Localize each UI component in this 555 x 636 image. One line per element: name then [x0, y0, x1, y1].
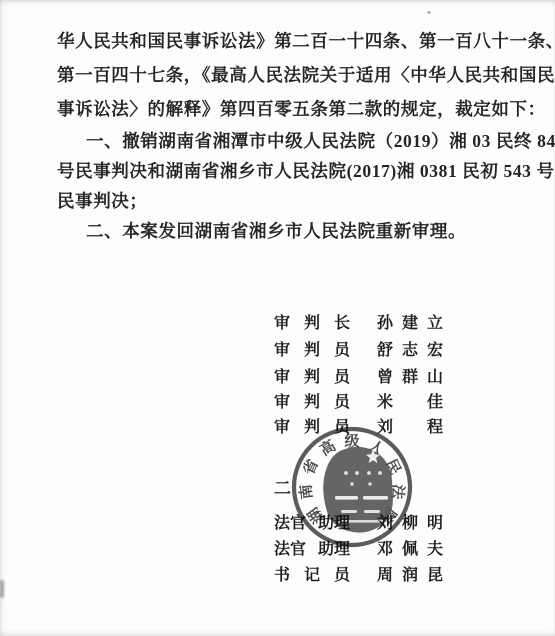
ruling-item-1-line-3: 民事判决；: [57, 186, 519, 216]
seal-emblem: [323, 447, 393, 533]
emblem-dot: [367, 471, 371, 475]
emblem-bar: [338, 520, 384, 523]
char-group: 判: [304, 314, 320, 334]
char-group: 建: [402, 314, 418, 334]
signature-role: 审判员: [274, 368, 350, 388]
char-group: 周: [377, 566, 393, 586]
emblem-bar: [335, 496, 358, 500]
char-group: 志: [402, 341, 418, 361]
ruling-item-1-line-2: 号民事判决和湖南省湘乡市人民法院(2017)湘 0381 民初 543 号: [57, 156, 519, 186]
emblem-dot: [350, 482, 353, 485]
seal-ring-char: 南: [296, 483, 315, 500]
char-group: 员: [334, 566, 350, 586]
signature-row-presiding-judge: 审判长 孙建立: [274, 314, 443, 334]
court-seal: 湖南省高级人民法院: [272, 409, 432, 569]
ruling-items-paragraph: 一、撤销湖南省湘潭市中级人民法院（2019）湘 03 民终 846 号民事判决和…: [57, 126, 519, 246]
char-group: 审: [274, 368, 290, 388]
char-group: 孙: [377, 314, 393, 334]
body-line-2: 第一百四十七条，《最高人民法院关于适用〈中华人民共和国民: [57, 58, 519, 92]
emblem-dot: [355, 471, 359, 475]
signature-role: 审判长: [274, 314, 350, 334]
signature-name: 曾群山: [377, 368, 443, 388]
emblem-dot: [344, 471, 348, 475]
ruling-item-2: 二、本案发回湖南省湘乡市人民法院重新审理。: [57, 216, 519, 246]
char-group: 审: [274, 341, 290, 361]
scan-edge-artifact: [0, 580, 4, 598]
char-group: 员: [334, 368, 350, 388]
body-line-1: 华人民共和国民事诉讼法》第二百一十四条、第一百八十一条、: [57, 24, 519, 58]
signature-row-clerk: 书记员 周润昆: [274, 566, 443, 586]
citation-paragraph: 华人民共和国民事诉讼法》第二百一十四条、第一百八十一条、 第一百四十七条，《最高…: [57, 24, 519, 126]
char-group: 记: [304, 566, 320, 586]
char-group: 书: [274, 566, 290, 586]
char-group: 立: [427, 314, 443, 334]
emblem-dot: [378, 471, 382, 475]
char-group: 审: [274, 314, 290, 334]
signature-row-judge-1: 审判员 舒志宏: [274, 341, 443, 361]
char-group: 润: [402, 566, 418, 586]
document-page: 华人民共和国民事诉讼法》第二百一十四条、第一百八十一条、 第一百四十七条，《最高…: [0, 0, 555, 636]
char-group: 群: [402, 368, 418, 388]
char-group: 舒: [377, 341, 393, 361]
signature-role: 书记员: [274, 566, 350, 586]
char-group: 判: [304, 341, 320, 361]
emblem-dot: [368, 482, 371, 485]
signature-name: 周润昆: [377, 566, 443, 586]
char-group: 判: [304, 368, 320, 388]
char-group: 曾: [377, 368, 393, 388]
emblem-bar: [363, 496, 388, 500]
signature-role: 审判员: [274, 341, 350, 361]
char-group: 长: [334, 314, 350, 334]
signature-name: 孙建立: [377, 314, 443, 334]
ruling-item-1-line-1: 一、撤销湖南省湘潭市中级人民法院（2019）湘 03 民终 846: [57, 126, 519, 156]
emblem-bar: [364, 510, 380, 513]
signature-name: 舒志宏: [377, 341, 443, 361]
seal-ring-char: 省: [300, 457, 322, 478]
char-group: 宏: [427, 341, 443, 361]
emblem-blob: [323, 447, 393, 533]
body-line-3: 事诉讼法〉的解释》第四百零五条第二款的规定，裁定如下：: [57, 92, 519, 126]
signature-row-judge-2: 审判员 曾群山: [274, 368, 443, 388]
char-group: 昆: [427, 566, 443, 586]
scan-speck: [427, 11, 431, 14]
emblem-bar: [341, 510, 357, 513]
char-group: 山: [427, 368, 443, 388]
char-group: 员: [334, 341, 350, 361]
